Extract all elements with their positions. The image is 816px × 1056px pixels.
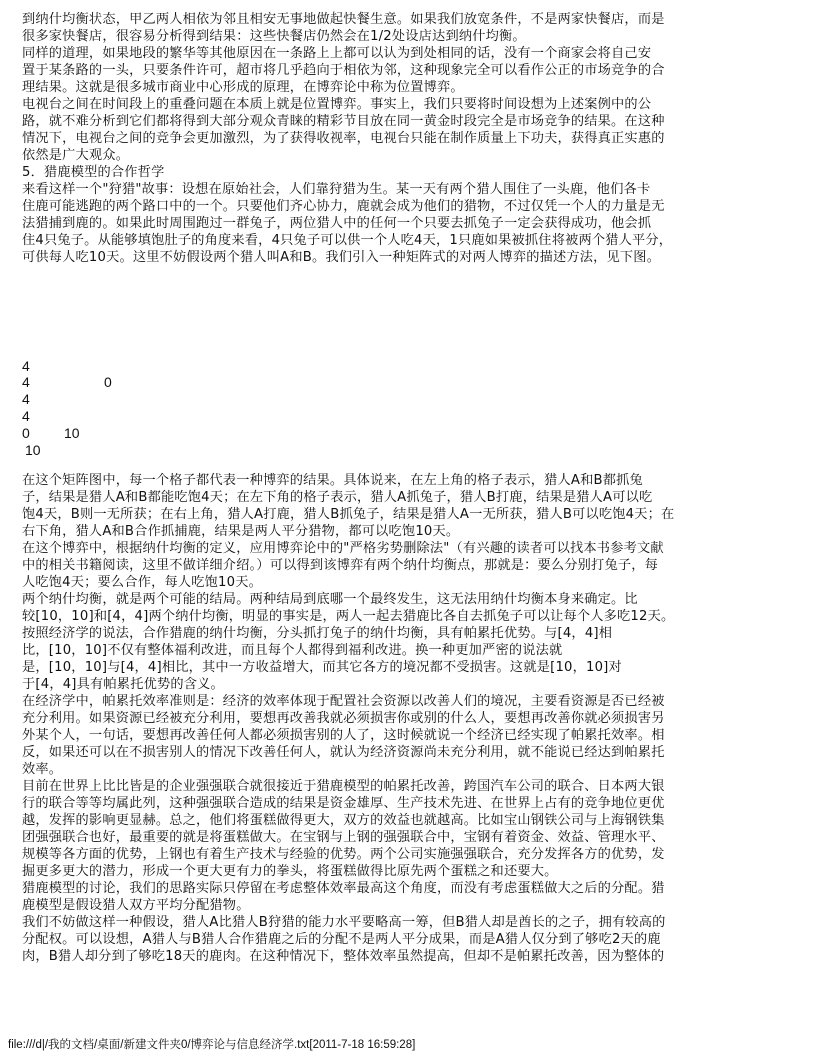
text-line: 电视台之间在时间段上的重叠问题在本质上就是位置博弈。事实上，我们只要将时间设想为… [22,97,651,113]
text-line: 人吃饱4天；要么合作，每人吃饱10天。 [22,575,262,591]
text-line: 同样的道理，如果地段的繁华等其他原因在一条路上上都可以认为到处相同的话，没有一个… [22,46,651,62]
text-line: 肉，B猎人却分到了够吃18天的鹿肉。在这种情况下，整体效率虽然提高，但却不是帕累… [22,949,664,965]
text-line: 两个纳什均衡，就是两个可能的结局。两种结局到底哪一个最终发生，这无法用纳什均衡本… [22,592,638,608]
text-line: 5．猎鹿模型的合作哲学 [22,165,164,181]
text-line: 中的相关书籍阅读，这里不做详细介绍。）可以得到该博弈有两个纳什均衡点，那就是：要… [22,558,658,574]
text-line: 子，结果是猎人A和B都能吃饱4天；在左下角的格子表示，猎人A抓兔子，猎人B打鹿，… [22,490,652,506]
text-line: 效率。 [22,762,62,778]
text-line: 住4只兔子。从能够填饱肚子的角度来看，4只兔子可以供一个人吃4天，1只鹿如果被抓… [22,233,672,249]
text-line: 规模等各方面的优势，上钢也有着生产技术与经验的优势。两个公司实施强强联合，充分发… [22,847,665,863]
text-line: 路，就不难分析到它们都将得到大部分观众青睐的精彩节目放在同一黄金时段完全是市场竞… [22,114,665,130]
text-line: 较[10，10]和[4，4]两个纳什均衡，明显的事实是，两人一起去猎鹿比各自去抓… [22,609,674,625]
matrix-value: 10 [25,442,41,458]
matrix-value: 0 [22,425,30,441]
text-line: 很多家快餐店，很容易分析得到结果：这些快餐店仍然会在1/2处设店达到纳什均衡。 [22,29,526,45]
matrix-value: 4 [22,391,30,407]
text-line: 情况下，电视台之间的竞争会更加激烈，为了获得收视率，电视台只能在制作质量上下功夫… [22,131,665,147]
text-line: 越，发挥的影响更显赫。总之，他们将蛋糕做得更大，双方的效益也就越高。比如宝山钢铁… [22,813,665,829]
text-line: 外某个人，一句话，要想再改善任何人都必须损害别的人了，这时候就说一个经济已经实现… [22,728,665,744]
text-line: 来看这样一个"狩猎"故事：设想在原始社会，人们靠狩猎为生。某一天有两个猎人围住了… [22,182,650,198]
text-line: 反，如果还可以在不损害别人的情况下改善任何人，就认为经济资源尚未充分利用，就不能… [22,745,665,761]
text-line: 到纳什均衡状态，甲乙两人相依为邻且相安无事地做起快餐生意。如果我们放宽条件，不是… [22,12,665,28]
text-line: 行的联合等等均属此列，这种强强联合造成的结果是资金雄厚、生产技术先进、在世界上占… [22,796,665,812]
text-line: 目前在世界上比比皆是的企业强强联合就很接近于猎鹿模型的帕累托改善，跨国汽车公司的… [22,779,665,795]
text-line: 饱4天，B则一无所获；在右上角，猎人A打鹿，猎人B抓兔子，结果是猎人A一无所获，… [22,507,674,523]
text-line: 掘更多更大的潜力，形成一个更大更有力的拳头，将蛋糕做得比原先两个蛋糕之和还要大。 [22,864,558,880]
text-line: 置于某条路的一头，只要条件许可，超市将几乎趋向于相依为邻，这种现象完全可以看作公… [22,63,665,79]
text-line: 猎鹿模型的讨论，我们的思路实际只停留在考虑整体效率最高这个角度，而没有考虑蛋糕做… [22,881,665,897]
text-line: 理结果。这就是很多城市商业中心形成的原理，在博弈论中称为位置博弈。 [22,80,464,96]
text-line: 右下角，猎人A和B合作抓捕鹿，结果是两人平分猎物，都可以吃饱10天。 [22,524,459,540]
text-line: 于[4，4]具有帕累托优势的含义。 [22,677,224,693]
text-line: 团强强联合也好，最重要的就是将蛋糕做大。在宝钢与上钢的强强联合中，宝钢有着资金、… [22,830,665,846]
matrix-value: 4 [22,358,30,374]
text-line: 在经济学中，帕累托效率准则是：经济的效率体现于配置社会资源以改善人们的境况，主要… [22,694,665,710]
text-line: 在这个博弈中，根据纳什均衡的定义，应用博弈论中的"严格劣势删除法"（有兴趣的读者… [22,541,664,557]
matrix-value: 0 [104,374,112,390]
text-line: 鹿模型是假设猎人双方平均分配猎物。 [22,898,250,914]
text-line: 法猎捕到鹿的。如果此时周围跑过一群兔子，两位猎人中的任何一个只要去抓兔子一定会获… [22,216,651,232]
text-line: 我们不妨做这样一种假设，猎人A比猎人B狩猎的能力水平要略高一筹，但B猎人却是酋长… [22,915,666,931]
text-line: 住鹿可能逃跑的两个路口中的一个。只要他们齐心协力，鹿就会成为他们的猎物，不过仅凭… [22,199,665,215]
matrix-value: 4 [22,408,30,424]
text-line: 比，[10，10]不仅有整体福利改进，而且每个人都得到福利改进。换一种更加严密的… [22,643,562,659]
file-path-footer: file:///d|/我的文档/桌面/新建文件夹0/博弈论与信息经济学.txt[… [8,1036,415,1052]
text-line: 分配权。可以设想，A猎人与B猎人合作猎鹿之后的分配不是两人平分成果，而是A猎人仅… [22,932,661,948]
text-line: 按照经济学的说法，合作猎鹿的纳什均衡，分头抓打兔子的纳什均衡，具有帕累托优势。与… [22,626,612,642]
text-line: 依然是广大观众。 [22,148,129,164]
text-line: 在这个矩阵图中，每一个格子都代表一种博弈的结果。具体说来，在左上角的格子表示，猎… [22,473,643,489]
text-line: 可供每人吃10天。这里不妨假设两个猎人叫A和B。我们引入一种矩阵式的对两人博弈的… [22,250,660,266]
text-line: 是，[10，10]与[4，4]相比，其中一方收益增大，而其它各方的境况都不受损害… [22,660,622,676]
text-line: 充分利用。如果资源已经被充分利用，要想再改善我就必须损害你或别的什么人，要想再改… [22,711,665,727]
matrix-value: 10 [64,425,80,441]
matrix-value: 4 [22,374,30,390]
